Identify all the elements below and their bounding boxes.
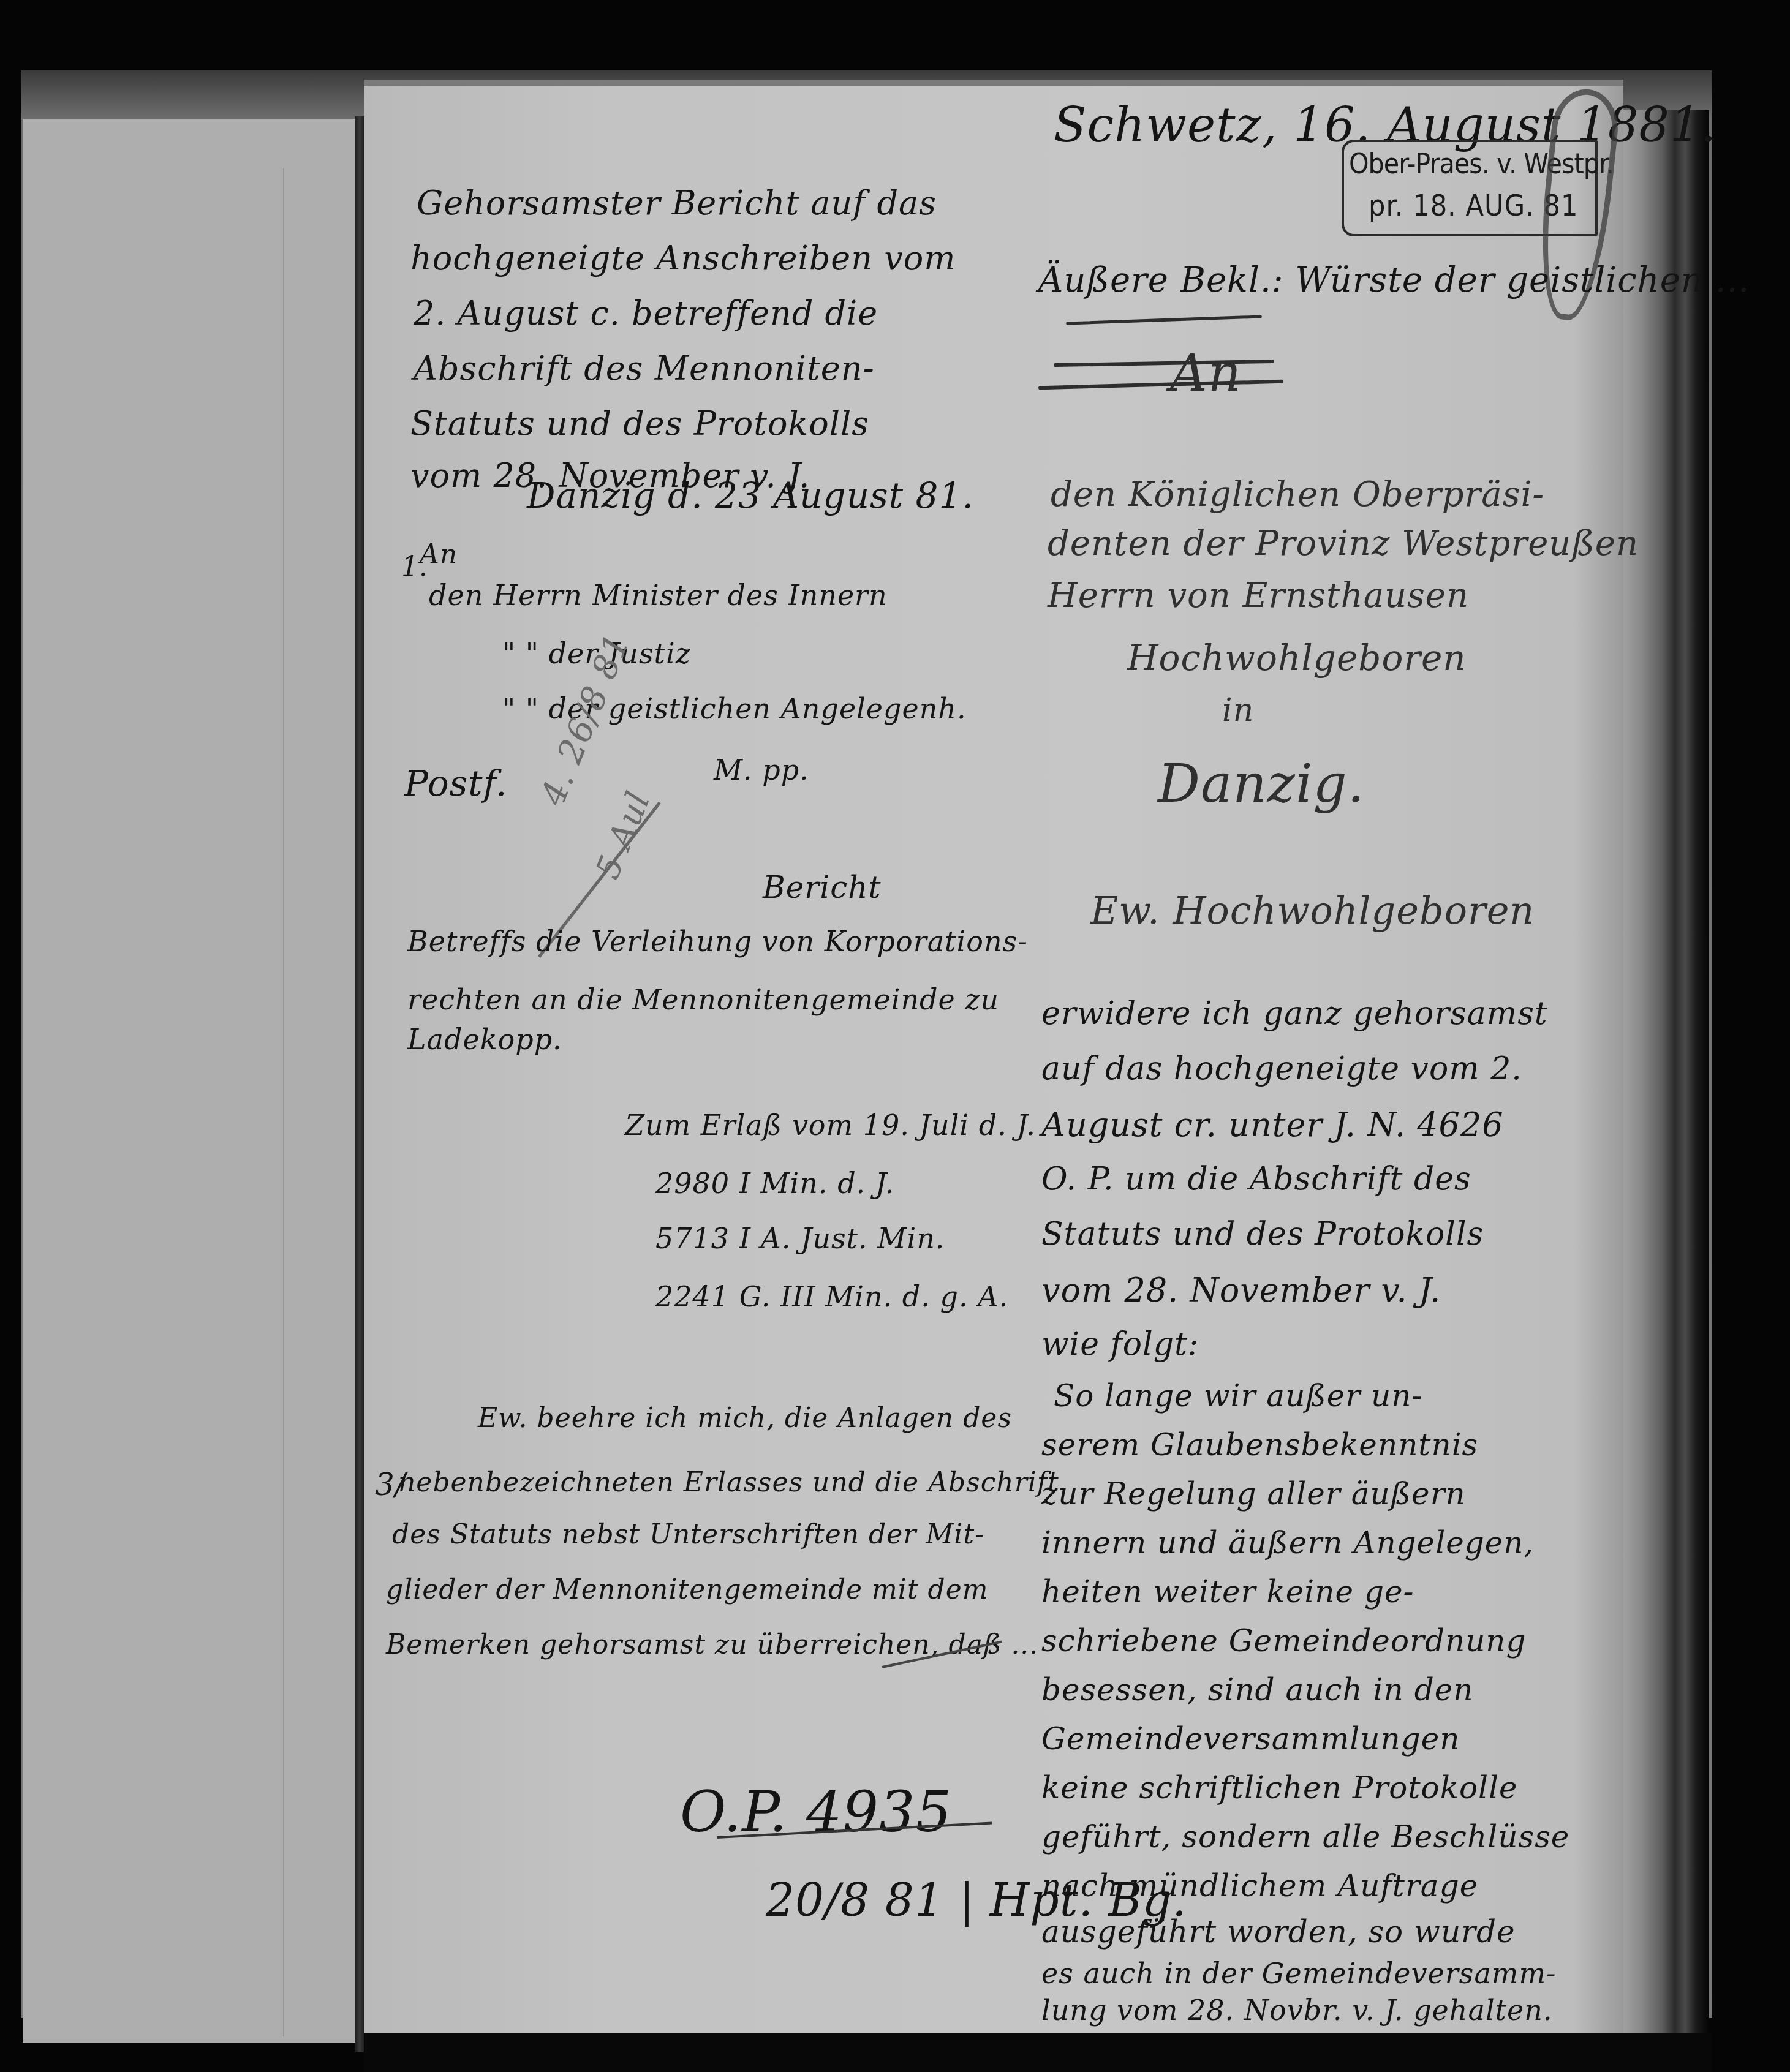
stacked-page-edges [1623,110,1709,2052]
betreff-line: Betreffs die Verleihung von Korporations… [407,925,1028,958]
addressee-line-2: denten der Provinz Westpreußen [1048,524,1639,563]
subject-line: Äußere Bekl.: Würste der geistlichen ... [1038,260,1750,300]
registry-number: O.P. 4935 [680,1779,952,1845]
body-line: serem Glaubensbekenntnis [1041,1427,1478,1463]
body-line: So lange wir außer un- [1054,1378,1422,1414]
in-label: in [1222,692,1254,729]
body-line: O. P. um die Abschrift des [1041,1161,1471,1197]
draft-date: Danzig d. 23 August 81. [527,475,974,516]
reference-line: 2980 I Min. d. J. [655,1167,894,1200]
body-line: geführt, sondern alle Beschlüsse [1041,1819,1569,1855]
body-line: wie folgt: [1041,1326,1199,1363]
margin-note-postf: Postf. [404,763,508,804]
reference-line: 5713 I A. Just. Min. [655,1222,945,1255]
body-line: innern und äußern Angelegen, [1041,1525,1534,1561]
summary-line: Statuts und des Protokolls [410,404,869,443]
summary-line: 2. August c. betreffend die [414,294,878,333]
body-line: besessen, sind auch in den [1041,1672,1474,1708]
addressee-line-1: den Königlichen Oberpräsi- [1051,475,1544,514]
an-left: An [420,539,458,570]
summary-line: hochgeneigte Anschreiben vom [410,239,956,277]
body-line: auf das hochgeneigte vom 2. [1041,1050,1522,1087]
body-line: vom 28. November v. J. [1041,1271,1441,1309]
fold-line [283,168,284,2036]
recipient-line: den Herrn Minister des Innern [429,579,888,612]
body-line: erwidere ich ganz gehorsamst [1041,995,1548,1032]
body-line: Gemeindeversammlungen [1041,1721,1460,1757]
bericht-label: Bericht [763,870,882,905]
betreff-line: rechten an die Mennonitengemeinde zu [407,983,999,1016]
body-line: es auch in der Gemeindeversamm- [1041,1957,1557,1990]
body-line: lung vom 28. Novbr. v. J. gehalten. [1041,1994,1553,2027]
body-line: August cr. unter J. N. 4626 [1041,1106,1504,1144]
body-line: schriebene Gemeindeordnung [1041,1623,1527,1659]
body-line: keine schriftlichen Protokolle [1041,1770,1518,1806]
bottom-shadow [364,2033,1712,2072]
body-line: Statuts und des Protokolls [1041,1216,1484,1253]
summary-line: Gehorsamster Bericht auf das [417,184,937,222]
body-line: heiten weiter keine ge- [1041,1574,1414,1610]
closing-line: des Statuts nebst Unterschriften der Mit… [392,1519,984,1550]
addressee-line-3: Herrn von Ernsthausen [1048,576,1469,616]
closing-line: nebenbezeichneten Erlasses und die Absch… [398,1467,1059,1498]
reference-line: Zum Erlaß vom 19. Juli d. J. [625,1109,1036,1142]
honorific: Hochwohlgeboren [1127,637,1467,679]
dispatch-note: 20/8 81 | Hpt. Bg. [766,1874,1187,1927]
greeting: Ew. Hochwohlgeboren [1090,888,1535,933]
reference-line: 2241 G. III Min. d. g. A. [655,1280,1008,1313]
city-danzig: Danzig. [1158,753,1365,815]
recipient-suffix: M. pp. [714,753,809,786]
body-line: zur Regelung aller äußern [1041,1476,1466,1512]
an-label: An [1170,343,1242,403]
summary-line: Abschrift des Mennoniten- [414,349,875,388]
closing-line: Ew. beehre ich mich, die Anlagen des [478,1403,1012,1434]
binding-gutter [355,116,364,2052]
closing-line: glieder der Mennonitengemeinde mit dem [386,1574,988,1605]
betreff-line: Ladekopp. [407,1023,562,1056]
left-folded-leaf [23,119,358,2043]
